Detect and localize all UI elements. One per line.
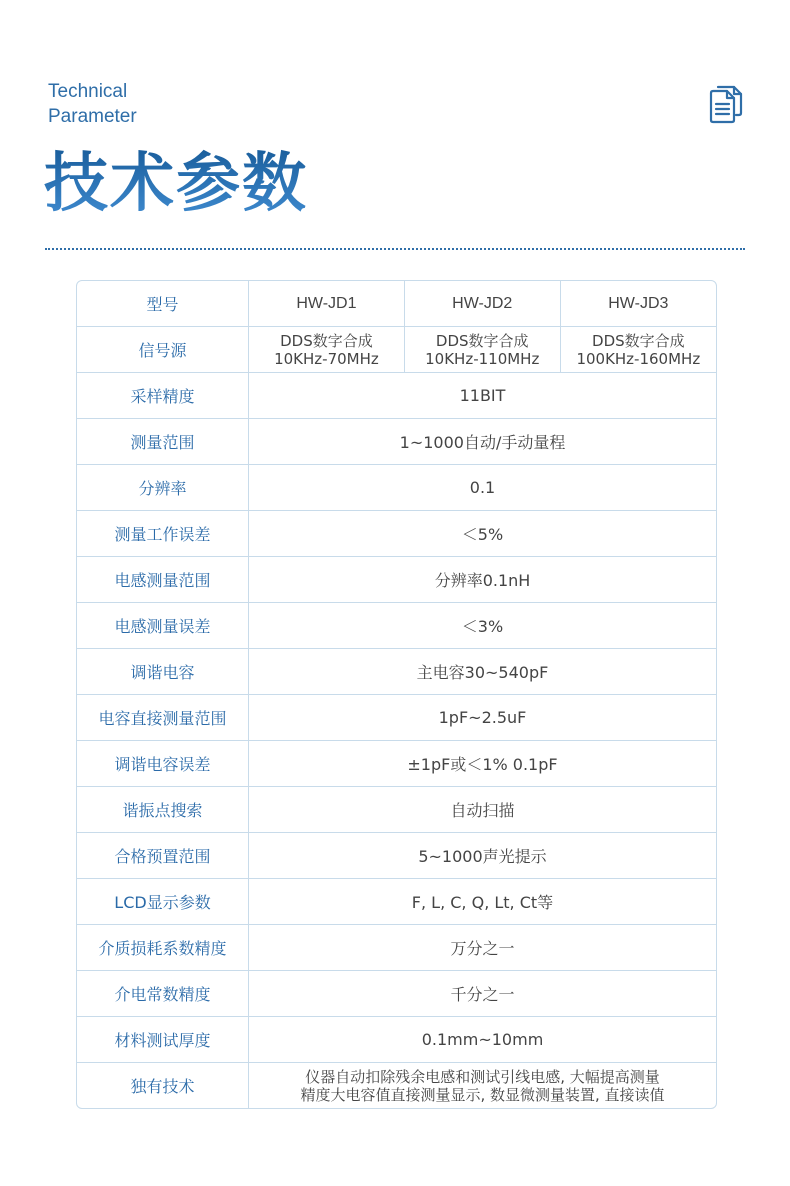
table-row-signal: 信号源 DDS数字合成 10KHz-70MHz DDS数字合成 10KHz-11… [77, 327, 716, 373]
row-value: 5~1000声光提示 [249, 833, 717, 879]
signal-line2: 100KHz-160MHz [561, 350, 716, 368]
row-label: 分辨率 [77, 465, 249, 511]
documents-icon [706, 83, 746, 125]
row-value: 万分之一 [249, 925, 717, 971]
tech-cell: 仪器自动扣除残余电感和测试引线电感, 大幅提高测量 精度大电容值直接测量显示, … [249, 1063, 717, 1109]
row-label: 调谐电容 [77, 649, 249, 695]
model-cell: HW-JD1 [249, 281, 405, 327]
page-title: 技术参数 [44, 148, 308, 220]
table-row-model: 型号 HW-JD1 HW-JD2 HW-JD3 [77, 281, 716, 327]
signal-line1: DDS数字合成 [249, 332, 404, 350]
row-label: 电感测量范围 [77, 557, 249, 603]
tech-line1: 仪器自动扣除残余电感和测试引线电感, 大幅提高测量 [253, 1068, 712, 1086]
row-value: 主电容30~540pF [249, 649, 717, 695]
signal-line1: DDS数字合成 [405, 332, 560, 350]
table-row: 电容直接测量范围1pF~2.5uF [77, 695, 716, 741]
row-label: LCD显示参数 [77, 879, 249, 925]
row-value: ±1pF或＜1% 0.1pF [249, 741, 717, 787]
row-label: 测量范围 [77, 419, 249, 465]
table-row: 测量工作误差＜5% [77, 511, 716, 557]
table-row: 电感测量误差＜3% [77, 603, 716, 649]
row-label: 谐振点搜索 [77, 787, 249, 833]
tech-line2: 精度大电容值直接测量显示, 数显微测量装置, 直接读值 [253, 1086, 712, 1104]
signal-cell: DDS数字合成 10KHz-70MHz [249, 327, 405, 373]
row-label: 采样精度 [77, 373, 249, 419]
table-row: 分辨率0.1 [77, 465, 716, 511]
row-value: 11BIT [249, 373, 717, 419]
row-value: ＜3% [249, 603, 717, 649]
row-value: 分辨率0.1nH [249, 557, 717, 603]
row-label: 调谐电容误差 [77, 741, 249, 787]
table-row: 合格预置范围5~1000声光提示 [77, 833, 716, 879]
row-label: 介质损耗系数精度 [77, 925, 249, 971]
row-label: 合格预置范围 [77, 833, 249, 879]
table-row: 谐振点搜索自动扫描 [77, 787, 716, 833]
row-label: 测量工作误差 [77, 511, 249, 557]
table-row: 电感测量范围分辨率0.1nH [77, 557, 716, 603]
table-row: 材料测试厚度0.1mm~10mm [77, 1017, 716, 1063]
signal-cell: DDS数字合成 100KHz-160MHz [560, 327, 716, 373]
signal-cell: DDS数字合成 10KHz-110MHz [404, 327, 560, 373]
row-label: 电容直接测量范围 [77, 695, 249, 741]
row-label: 独有技术 [77, 1063, 249, 1109]
signal-line1: DDS数字合成 [561, 332, 716, 350]
row-label: 信号源 [77, 327, 249, 373]
table-row: 介电常数精度千分之一 [77, 971, 716, 1017]
table-row: 测量范围1~1000自动/手动量程 [77, 419, 716, 465]
table-row: 调谐电容误差±1pF或＜1% 0.1pF [77, 741, 716, 787]
table-row: 调谐电容主电容30~540pF [77, 649, 716, 695]
title-english: Technical Parameter [48, 79, 137, 129]
row-value: 千分之一 [249, 971, 717, 1017]
row-value: 0.1 [249, 465, 717, 511]
signal-line2: 10KHz-110MHz [405, 350, 560, 368]
row-value: 1~1000自动/手动量程 [249, 419, 717, 465]
row-value: 0.1mm~10mm [249, 1017, 717, 1063]
row-label: 介电常数精度 [77, 971, 249, 1017]
row-value: 自动扫描 [249, 787, 717, 833]
row-label: 材料测试厚度 [77, 1017, 249, 1063]
row-label: 型号 [77, 281, 249, 327]
row-label: 电感测量误差 [77, 603, 249, 649]
row-value: 1pF~2.5uF [249, 695, 717, 741]
row-value: ＜5% [249, 511, 717, 557]
spec-table: 型号 HW-JD1 HW-JD2 HW-JD3 信号源 DDS数字合成 10KH… [76, 280, 717, 1109]
table-row: LCD显示参数F, L, C, Q, Lt, Ct等 [77, 879, 716, 925]
title-english-line2: Parameter [48, 104, 137, 129]
table-row-tech: 独有技术 仪器自动扣除残余电感和测试引线电感, 大幅提高测量 精度大电容值直接测… [77, 1063, 716, 1109]
title-english-line1: Technical [48, 79, 137, 104]
row-value: F, L, C, Q, Lt, Ct等 [249, 879, 717, 925]
signal-line2: 10KHz-70MHz [249, 350, 404, 368]
table-row: 介质损耗系数精度万分之一 [77, 925, 716, 971]
table-row: 采样精度11BIT [77, 373, 716, 419]
model-cell: HW-JD2 [404, 281, 560, 327]
model-cell: HW-JD3 [560, 281, 716, 327]
divider [45, 248, 745, 250]
